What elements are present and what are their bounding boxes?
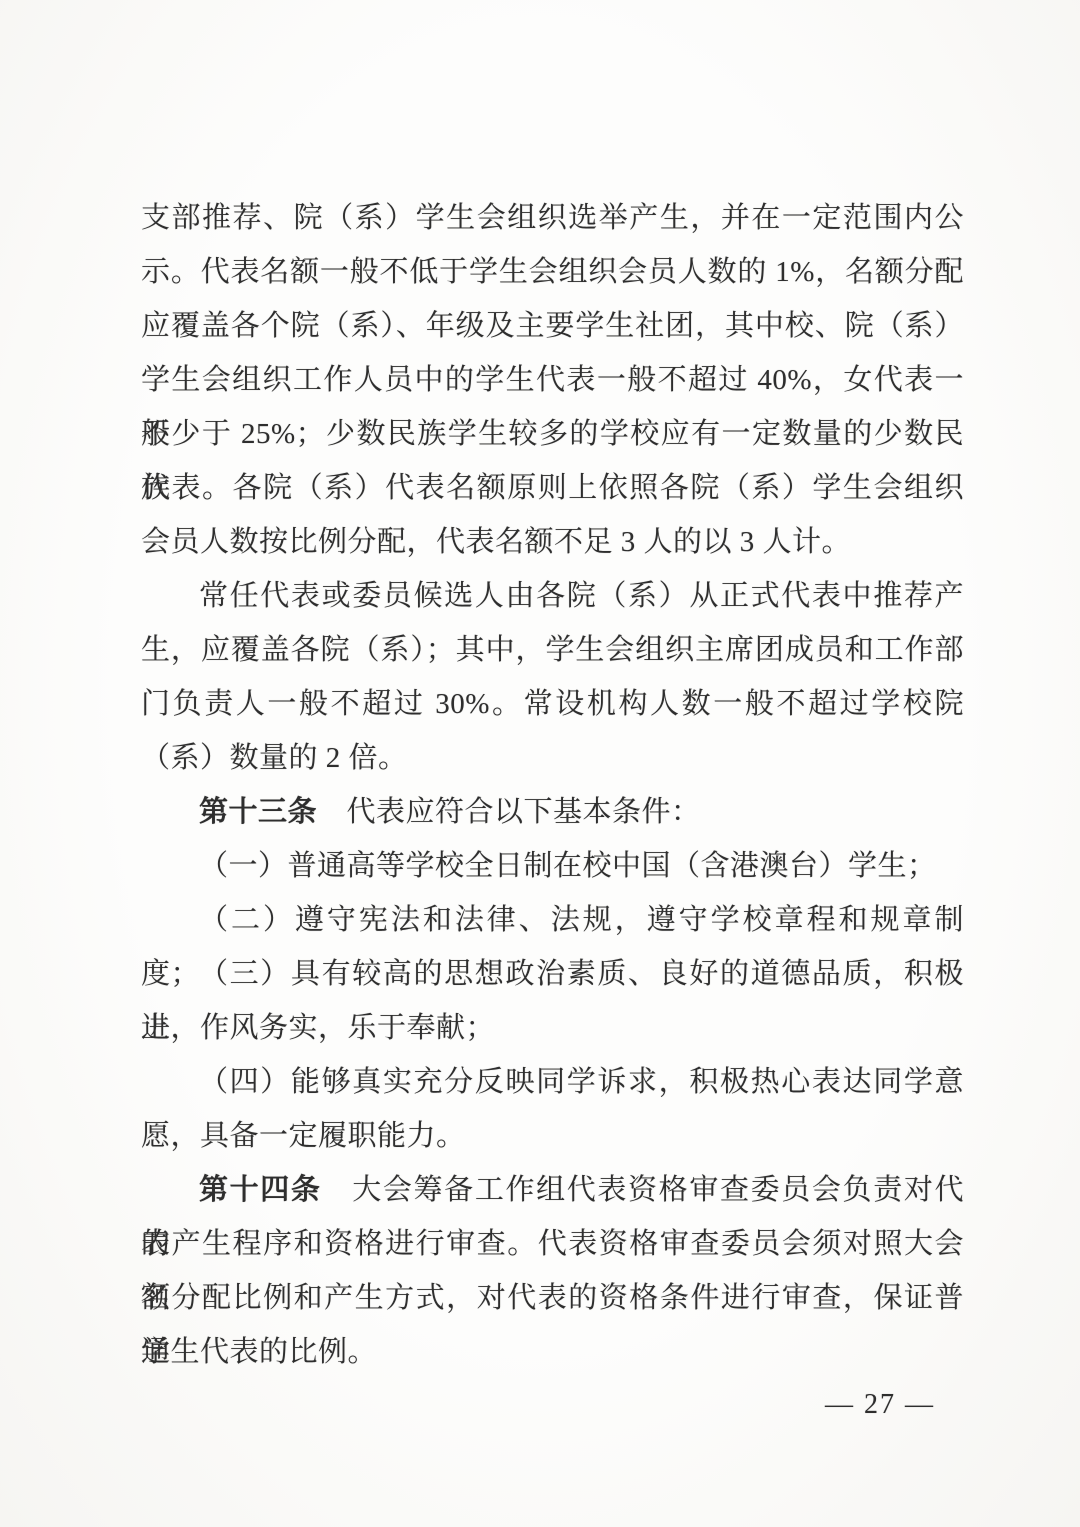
text-line: 支部推荐、院（系）学生会组织选举产生，并在一定范围内公 — [141, 191, 964, 245]
text-run: 代表。各院（系）代表名额原则上依照各院（系）学生会组织 — [141, 472, 964, 504]
text-line: 示。代表名额一般不低于学生会组织会员人数的 1%，名额分配 — [141, 245, 964, 299]
text-line: 不少于 25%；少数民族学生较多的学校应有一定数量的少数民族 — [141, 407, 964, 461]
document-body: 支部推荐、院（系）学生会组织选举产生，并在一定范围内公示。代表名额一般不低于学生… — [141, 191, 964, 1379]
text-line: （四）能够真实充分反映同学诉求，积极热心表达同学意 — [141, 1055, 964, 1109]
text-line: 学生会组织工作人员中的学生代表一般不超过 40%，女代表一般 — [141, 353, 964, 407]
text-line: 代表。各院（系）代表名额原则上依照各院（系）学生会组织 — [141, 461, 964, 515]
document-page: 支部推荐、院（系）学生会组织选举产生，并在一定范围内公示。代表名额一般不低于学生… — [0, 0, 1080, 1527]
article-number: 第十三条 — [199, 796, 317, 828]
text-line: （一）普通高等学校全日制在校中国（含港澳台）学生； — [141, 839, 964, 893]
text-line: 第十三条 代表应符合以下基本条件： — [141, 785, 964, 839]
text-line: 应覆盖各个院（系）、年级及主要学生社团，其中校、院（系） — [141, 299, 964, 353]
text-run: 常任代表或委员候选人由各院（系）从正式代表中推荐产 — [199, 580, 964, 612]
text-run: （系）数量的 2 倍。 — [141, 742, 408, 774]
text-line: 学生代表的比例。 — [141, 1325, 964, 1379]
article-number: 第十四条 — [199, 1174, 322, 1206]
text-run: 门负责人一般不超过 30%。常设机构人数一般不超过学校院 — [141, 688, 964, 720]
text-run: 代表应符合以下基本条件： — [317, 796, 701, 828]
text-line: 生，应覆盖各院（系）；其中，学生会组织主席团成员和工作部 — [141, 623, 964, 677]
text-run: 学生代表的比例。 — [141, 1336, 377, 1368]
text-line: 进，作风务实，乐于奉献； — [141, 1001, 964, 1055]
text-run: （四）能够真实充分反映同学诉求，积极热心表达同学意 — [199, 1066, 964, 1098]
text-line: （二）遵守宪法和法律、法规，遵守学校章程和规章制度； — [141, 893, 964, 947]
text-run: 支部推荐、院（系）学生会组织选举产生，并在一定范围内公 — [141, 202, 964, 234]
text-line: 门负责人一般不超过 30%。常设机构人数一般不超过学校院 — [141, 677, 964, 731]
text-line: 额分配比例和产生方式，对代表的资格条件进行审查，保证普通 — [141, 1271, 964, 1325]
text-run: 生，应覆盖各院（系）；其中，学生会组织主席团成员和工作部 — [141, 634, 964, 666]
text-run: （一）普通高等学校全日制在校中国（含港澳台）学生； — [199, 850, 937, 882]
text-line: （系）数量的 2 倍。 — [141, 731, 964, 785]
text-line: 愿，具备一定履职能力。 — [141, 1109, 964, 1163]
text-line: （三）具有较高的思想政治素质、良好的道德品质，积极上 — [141, 947, 964, 1001]
text-run: 愿，具备一定履职能力。 — [141, 1120, 466, 1152]
text-line: 的产生程序和资格进行审查。代表资格审查委员会须对照大会名 — [141, 1217, 964, 1271]
text-line: 常任代表或委员候选人由各院（系）从正式代表中推荐产 — [141, 569, 964, 623]
text-run: 进，作风务实，乐于奉献； — [141, 1012, 495, 1044]
text-line: 会员人数按比例分配，代表名额不足 3 人的以 3 人计。 — [141, 515, 964, 569]
text-run: 示。代表名额一般不低于学生会组织会员人数的 1%，名额分配 — [141, 256, 964, 288]
text-run: 会员人数按比例分配，代表名额不足 3 人的以 3 人计。 — [141, 526, 851, 558]
text-line: 第十四条 大会筹备工作组代表资格审查委员会负责对代表 — [141, 1163, 964, 1217]
page-number: — 27 — — [825, 1378, 935, 1432]
text-run: 应覆盖各个院（系）、年级及主要学生社团，其中校、院（系） — [141, 310, 964, 342]
